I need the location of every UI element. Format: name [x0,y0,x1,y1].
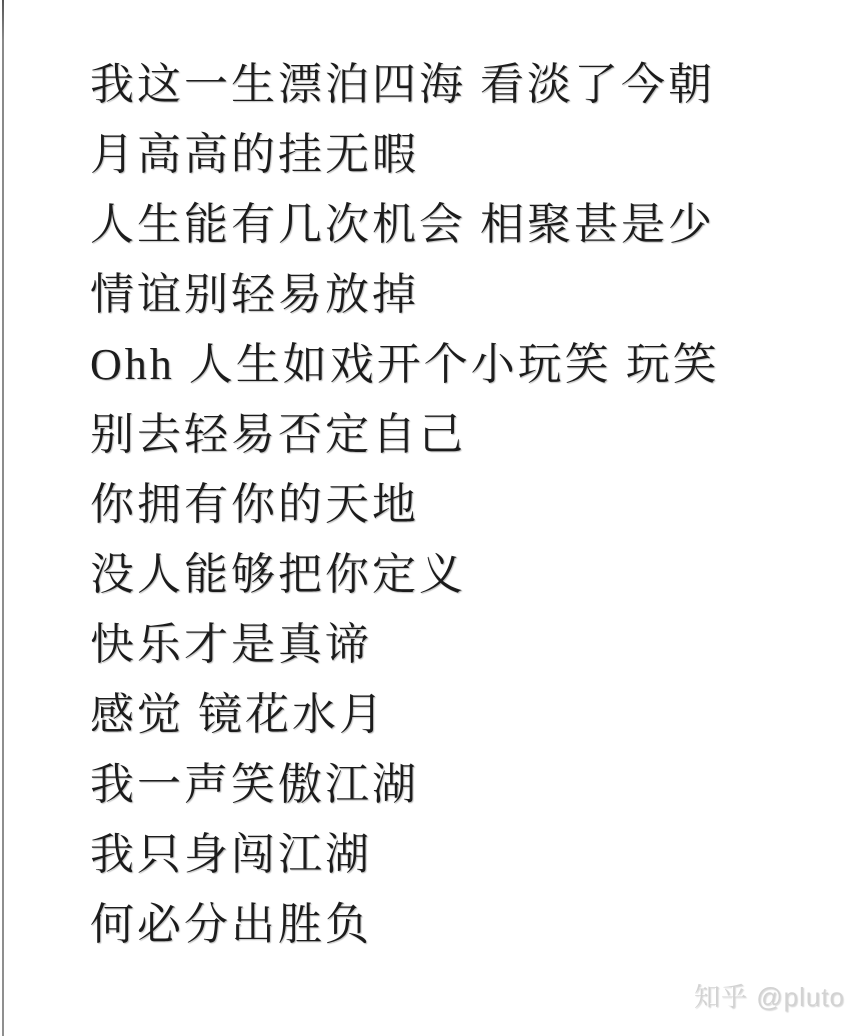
lyric-line: 我这一生漂泊四海 看淡了今朝 [90,50,830,120]
lyric-line: 何必分出胜负 [90,890,830,960]
lyrics-block: 我这一生漂泊四海 看淡了今朝月高高的挂无暇人生能有几次机会 相聚甚是少情谊别轻易… [90,50,830,960]
lyric-line: 感觉 镜花水月 [90,680,830,750]
lyric-line: 我只身闯江湖 [90,820,830,890]
lyric-line: 没人能够把你定义 [90,540,830,610]
zhihu-watermark: 知乎 @pluto [694,977,845,1014]
lyric-line: 情谊别轻易放掉 [90,260,830,330]
lyric-line: 你拥有你的天地 [90,470,830,540]
lyric-line: 快乐才是真谛 [90,610,830,680]
lyric-line: 月高高的挂无暇 [90,120,830,190]
lyric-line: 别去轻易否定自己 [90,400,830,470]
lyrics-image-page: 我这一生漂泊四海 看淡了今朝月高高的挂无暇人生能有几次机会 相聚甚是少情谊别轻易… [0,0,864,1036]
left-edge-rule [2,0,4,1036]
lyric-line: Ohh 人生如戏开个小玩笑 玩笑 [90,330,830,400]
lyric-line: 我一声笑傲江湖 [90,750,830,820]
lyric-line: 人生能有几次机会 相聚甚是少 [90,190,830,260]
